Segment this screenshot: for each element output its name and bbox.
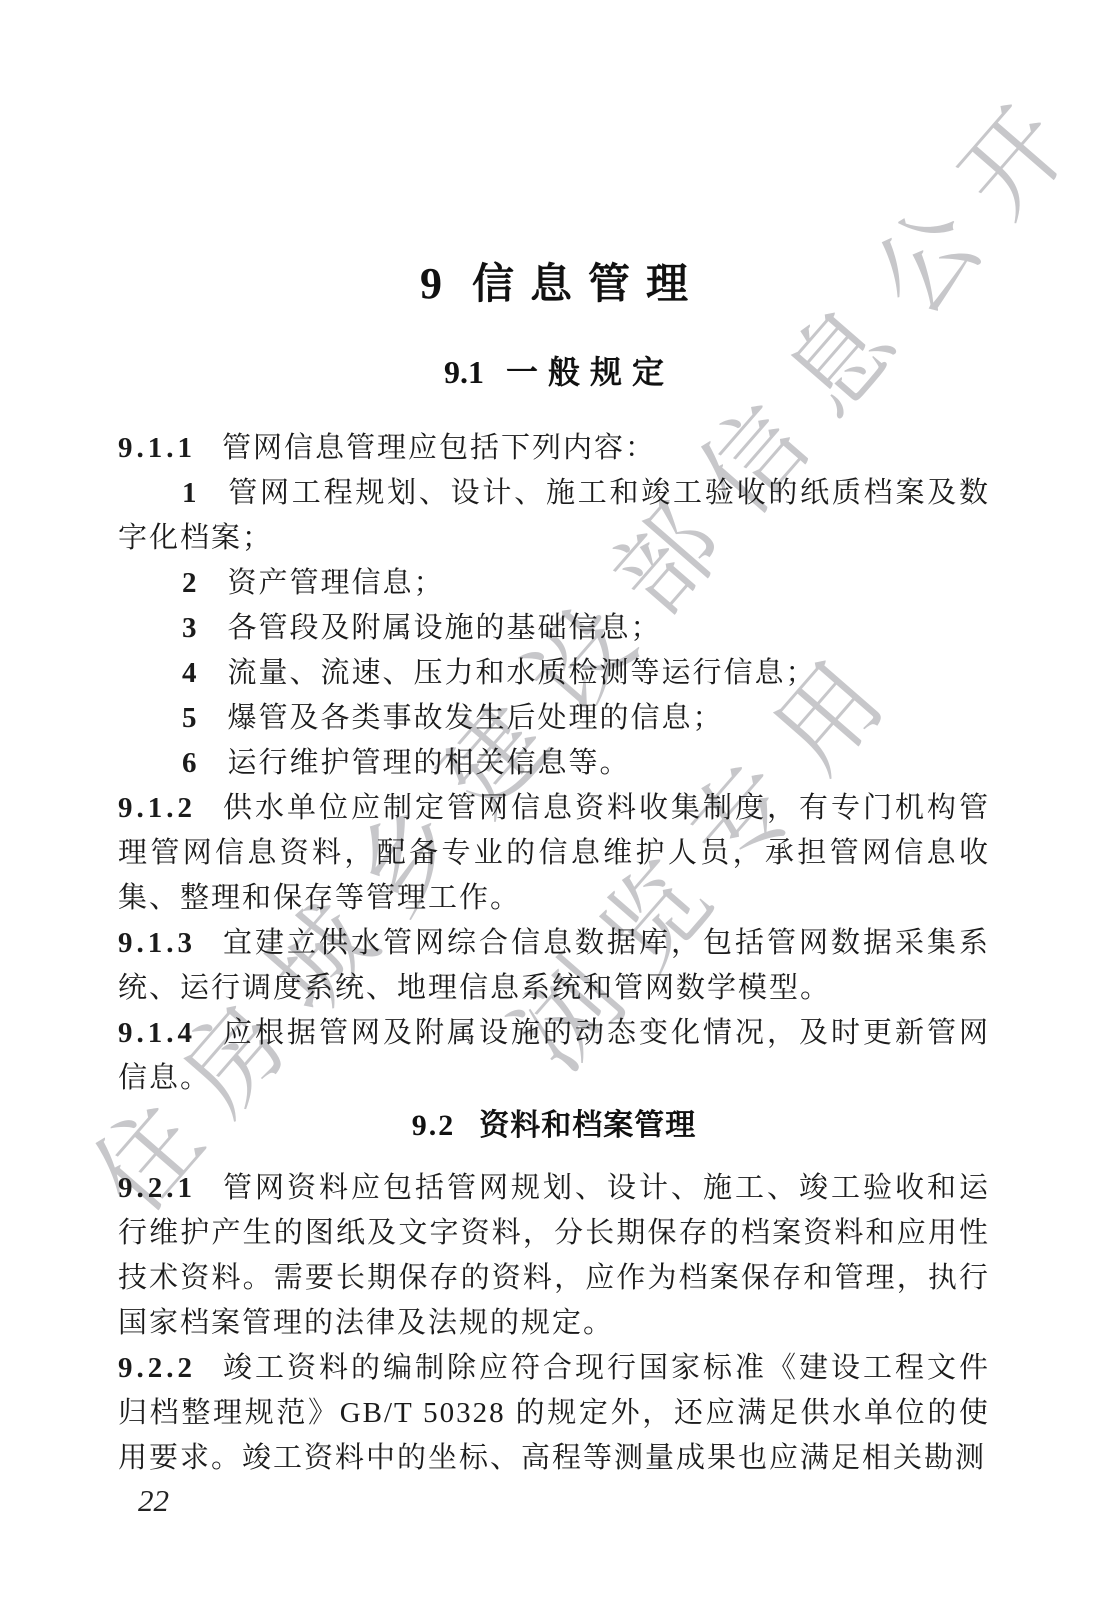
list-item-5-text: 爆管及各类事故发生后处理的信息； — [228, 702, 724, 734]
list-item-1-text: 管网工程规划、设计、施工和竣工验收的纸质档案及数字化档案； — [118, 477, 990, 554]
clause-9-2-2: 9.2.2竣工资料的编制除应符合现行国家标准《建设工程文件归档整理规范》GB/T… — [118, 1346, 990, 1481]
list-item-5-number: 5 — [182, 702, 199, 734]
clause-9-2-2-label: 9.2.2 — [118, 1352, 196, 1384]
list-item-1: 1管网工程规划、设计、施工和竣工验收的纸质档案及数字化档案； — [118, 471, 990, 561]
document-page: 住房城乡建设部信息公开 浏览专用 9信息管理 9.1一般规定 9.1.1管网信息… — [0, 0, 1103, 1597]
section-9-2-heading: 9.2资料和档案管理 — [118, 1103, 990, 1149]
section-9-2-title: 资料和档案管理 — [479, 1109, 696, 1142]
clause-9-1-2-label: 9.1.2 — [118, 792, 196, 824]
clause-9-2-1-label: 9.2.1 — [118, 1172, 196, 1204]
section-9-1-title: 一般规定 — [506, 354, 674, 390]
clause-9-1-4-text: 应根据管网及附属设施的动态变化情况，及时更新管网信息。 — [118, 1017, 990, 1094]
chapter-title-text: 信息管理 — [472, 260, 704, 307]
list-item-3: 3各管段及附属设施的基础信息； — [118, 606, 990, 651]
page-content: 9.1.1管网信息管理应包括下列内容： 1管网工程规划、设计、施工和竣工验收的纸… — [118, 426, 990, 1481]
clause-9-2-1-text: 管网资料应包括管网规划、设计、施工、竣工验收和运行维护产生的图纸及文字资料，分长… — [118, 1172, 990, 1339]
list-item-2-number: 2 — [182, 567, 199, 599]
list-item-6-text: 运行维护管理的相关信息等。 — [228, 747, 631, 779]
list-item-4: 4流量、流速、压力和水质检测等运行信息； — [118, 651, 990, 696]
list-item-3-text: 各管段及附属设施的基础信息； — [228, 612, 662, 644]
chapter-title: 9信息管理 — [118, 256, 990, 322]
clause-9-1-4-label: 9.1.4 — [118, 1017, 196, 1049]
clause-9-1-2: 9.1.2供水单位应制定管网信息资料收集制度，有专门机构管理管网信息资料，配备专… — [118, 786, 990, 921]
clause-9-1-1-text: 管网信息管理应包括下列内容： — [222, 432, 656, 464]
list-item-6-number: 6 — [182, 747, 199, 779]
list-item-4-number: 4 — [182, 657, 199, 689]
clause-9-1-2-text: 供水单位应制定管网信息资料收集制度，有专门机构管理管网信息资料，配备专业的信息维… — [118, 792, 990, 914]
clause-9-2-2-text: 竣工资料的编制除应符合现行国家标准《建设工程文件归档整理规范》GB/T 5032… — [118, 1352, 990, 1474]
list-item-2: 2资产管理信息； — [118, 561, 990, 606]
clause-9-1-1-label: 9.1.1 — [118, 432, 196, 464]
list-item-6: 6运行维护管理的相关信息等。 — [118, 741, 990, 786]
list-item-3-number: 3 — [182, 612, 199, 644]
section-9-1-heading: 9.1一般规定 — [118, 350, 990, 401]
clause-9-1-3-text: 宜建立供水管网综合信息数据库，包括管网数据采集系统、运行调度系统、地理信息系统和… — [118, 927, 990, 1004]
list-item-5: 5爆管及各类事故发生后处理的信息； — [118, 696, 990, 741]
chapter-number: 9 — [420, 259, 442, 308]
list-item-1-number: 1 — [182, 477, 199, 509]
page-number: 22 — [138, 1483, 169, 1519]
clause-9-1-3: 9.1.3宜建立供水管网综合信息数据库，包括管网数据采集系统、运行调度系统、地理… — [118, 921, 990, 1011]
clause-9-1-3-label: 9.1.3 — [118, 927, 196, 959]
list-item-4-text: 流量、流速、压力和水质检测等运行信息； — [228, 657, 817, 689]
section-9-2-number: 9.2 — [412, 1109, 456, 1142]
clause-9-1-4: 9.1.4应根据管网及附属设施的动态变化情况，及时更新管网信息。 — [118, 1011, 990, 1101]
clause-9-2-1: 9.2.1管网资料应包括管网规划、设计、施工、竣工验收和运行维护产生的图纸及文字… — [118, 1166, 990, 1346]
list-item-2-text: 资产管理信息； — [228, 567, 445, 599]
section-9-1-number: 9.1 — [444, 354, 484, 390]
clause-9-1-1: 9.1.1管网信息管理应包括下列内容： — [118, 426, 990, 471]
